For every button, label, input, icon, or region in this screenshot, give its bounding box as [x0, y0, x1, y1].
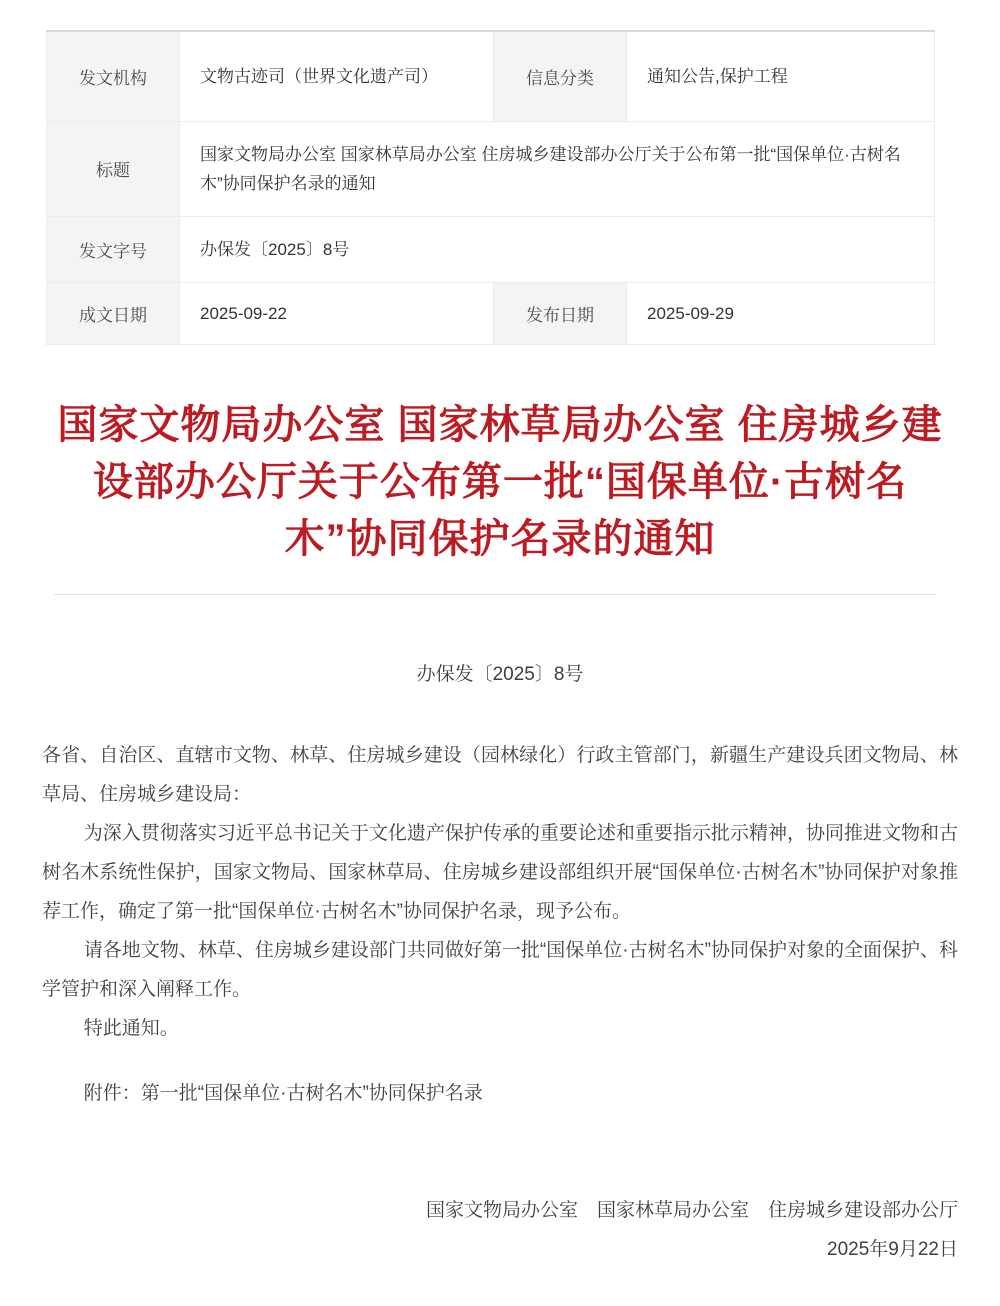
meta-label-doc-number: 发文字号 [47, 216, 180, 282]
meta-value-doc-number: 办保发〔2025〕8号 [180, 216, 935, 282]
meta-label-title: 标题 [47, 121, 180, 216]
signature-line: 国家文物局办公室 国家林草局办公室 住房城乡建设部办公厅 [42, 1191, 958, 1230]
table-row: 标题 国家文物局办公室 国家林草局办公室 住房城乡建设部办公厅关于公布第一批“国… [47, 121, 935, 216]
meta-value-written-date: 2025-09-22 [180, 282, 494, 344]
meta-value-title: 国家文物局办公室 国家林草局办公室 住房城乡建设部办公厅关于公布第一批“国保单位… [180, 121, 935, 216]
document-title-line-1: 国家文物局办公室 国家林草局办公室 住房城乡建 [42, 397, 958, 454]
table-row: 成文日期 2025-09-22 发布日期 2025-09-29 [47, 282, 935, 344]
document-title-line-2: 设部办公厅关于公布第一批“国保单位·古树名 [42, 454, 958, 511]
meta-value-issuing-agency: 文物古迹司（世界文化遗产司） [180, 31, 494, 121]
table-row: 发文字号 办保发〔2025〕8号 [47, 216, 935, 282]
signature-date: 2025年9月22日 [42, 1230, 958, 1269]
body-paragraph-2: 请各地文物、林草、住房城乡建设部门共同做好第一批“国保单位·古树名木”协同保护对… [42, 931, 958, 1009]
document-title: 国家文物局办公室 国家林草局办公室 住房城乡建 设部办公厅关于公布第一批“国保单… [42, 397, 958, 568]
meta-label-written-date: 成文日期 [47, 282, 180, 344]
meta-label-publish-date: 发布日期 [494, 282, 627, 344]
document-title-line-3: 木”协同保护名录的通知 [42, 511, 958, 568]
body-paragraph-salutation: 各省、自治区、直辖市文物、林草、住房城乡建设（园林绿化）行政主管部门，新疆生产建… [42, 736, 958, 814]
meta-label-issuing-agency: 发文机构 [47, 31, 180, 121]
document-number: 办保发〔2025〕8号 [42, 659, 958, 686]
attachment-line: 附件：第一批“国保单位·古树名木”协同保护名录 [42, 1074, 958, 1113]
meta-label-info-category: 信息分类 [494, 31, 627, 121]
body-paragraph-1: 为深入贯彻落实习近平总书记关于文化遗产保护传承的重要论述和重要指示批示精神，协同… [42, 814, 958, 931]
page-root: 发文机构 文物古迹司（世界文化遗产司） 信息分类 通知公告,保护工程 标题 国家… [0, 0, 1000, 1269]
meta-value-publish-date: 2025-09-29 [627, 282, 935, 344]
body-paragraph-notice: 特此通知。 [42, 1009, 958, 1048]
document-body: 各省、自治区、直辖市文物、林草、住房城乡建设（园林绿化）行政主管部门，新疆生产建… [42, 736, 958, 1269]
document-meta-table: 发文机构 文物古迹司（世界文化遗产司） 信息分类 通知公告,保护工程 标题 国家… [46, 30, 935, 345]
table-row: 发文机构 文物古迹司（世界文化遗产司） 信息分类 通知公告,保护工程 [47, 31, 935, 121]
meta-value-info-category: 通知公告,保护工程 [627, 31, 935, 121]
title-divider [54, 594, 936, 595]
